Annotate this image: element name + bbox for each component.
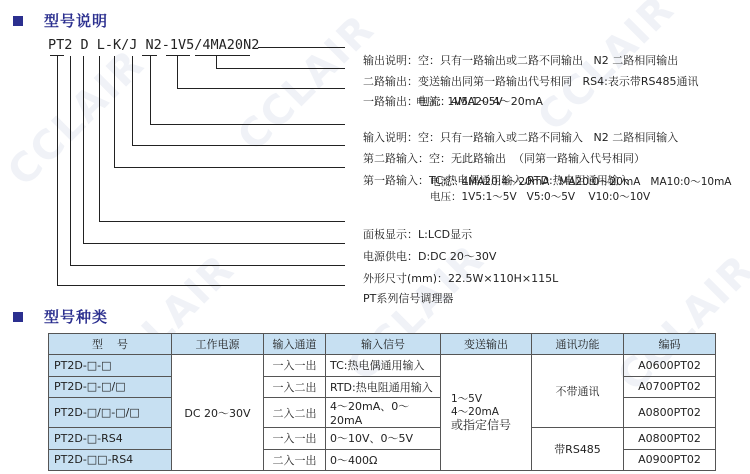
desc-text: PT系列信号调理器	[363, 292, 453, 305]
cell-model: PT2D-□-□/□	[49, 376, 172, 398]
connector-line	[99, 221, 345, 222]
table-row: PT2D-□-□ DC 20～30V 一入一出 TC:热电偶通用输入 1～5V …	[49, 355, 716, 377]
header-model: 型 号	[49, 334, 172, 355]
square-bullet-icon	[13, 312, 23, 322]
cell-transmit-output: 1～5V 4～20mA 或指定信号	[441, 355, 532, 471]
desc-first-input-voltage: 电压：1V5:1～5V V5:0～5V V10:0～10V	[430, 190, 650, 204]
desc-first-output-voltage: 电压：1V5:1～5V	[416, 95, 503, 109]
cell-signal: RTD:热电阻通用输入	[326, 376, 441, 398]
header-input-signal: 输入信号	[326, 334, 441, 355]
connector-line	[132, 145, 345, 146]
desc-first-input-current: 电流：4MA20:4～20mA MA20:0～20mA MA10:0～10mA	[430, 175, 732, 189]
connector-line	[99, 56, 100, 221]
cell-channel: 一入一出	[264, 355, 326, 377]
section-title-model-explanation: 型号说明	[13, 10, 108, 31]
cell-model: PT2D-□□-RS4	[49, 449, 172, 471]
section-title-text: 型号说明	[44, 10, 108, 31]
header-input-channel: 输入通道	[264, 334, 326, 355]
cell-channel: 一入一出	[264, 428, 326, 450]
output-line: 1～5V	[451, 393, 527, 406]
connector-line	[216, 68, 345, 69]
connector-line	[83, 56, 84, 243]
connector-line	[83, 243, 345, 244]
cell-channel: 二入一出	[264, 449, 326, 471]
header-communication: 通讯功能	[532, 334, 624, 355]
cell-model: PT2D-□/□-□/□	[49, 398, 172, 428]
desc-series: PT系列信号调理器	[356, 278, 453, 306]
section-title-text: 型号种类	[44, 306, 108, 327]
cell-comm-none: 不带通讯	[532, 355, 624, 428]
table-row: PT2D-□-RS4 一入一出 0～10V、0～5V 带RS485 A0800P…	[49, 428, 716, 450]
cell-signal: 0～10V、0～5V	[326, 428, 441, 450]
square-bullet-icon	[13, 16, 23, 26]
connector-line	[114, 167, 345, 168]
cell-power: DC 20～30V	[172, 355, 264, 471]
cell-code: A0600PT02	[624, 355, 716, 377]
connector-line	[177, 56, 178, 88]
connector-line	[57, 56, 58, 285]
desc-text: 22.5W×110H×115L	[448, 272, 558, 285]
connector-line	[70, 56, 71, 265]
connector-line	[258, 47, 345, 48]
connector-line	[150, 124, 345, 125]
model-types-table: 型 号 工作电源 输入通道 输入信号 变送输出 通讯功能 编码 PT2D-□-□…	[48, 333, 716, 471]
desc-label: 第一路输入：	[363, 174, 429, 187]
cell-code: A0700PT02	[624, 376, 716, 398]
connector-line	[57, 285, 345, 286]
cell-channel: 一入二出	[264, 376, 326, 398]
header-transmit-output: 变送输出	[441, 334, 532, 355]
cell-signal: 0～400Ω	[326, 449, 441, 471]
cell-code: A0800PT02	[624, 398, 716, 428]
connector-line	[216, 56, 217, 68]
section-title-model-types: 型号种类	[13, 306, 108, 327]
connector-line	[114, 56, 115, 167]
connector-line	[150, 56, 151, 124]
connector-line	[70, 265, 345, 266]
code-underline	[233, 55, 250, 56]
table-header-row: 型 号 工作电源 输入通道 输入信号 变送输出 通讯功能 编码	[49, 334, 716, 355]
cell-comm-rs485: 带RS485	[532, 428, 624, 471]
watermark: CCLAIR	[0, 41, 154, 196]
cell-signal: TC:热电偶通用输入	[326, 355, 441, 377]
header-code: 编码	[624, 334, 716, 355]
cell-signal: 4～20mA、0～20mA	[326, 398, 441, 428]
cell-model: PT2D-□-RS4	[49, 428, 172, 450]
header-power: 工作电源	[172, 334, 264, 355]
code-underline	[166, 55, 190, 56]
cell-code: A0800PT02	[624, 428, 716, 450]
connector-line	[177, 88, 345, 89]
connector-line	[132, 56, 133, 145]
model-code: PT2 D L-K/J N2-1V5/4MA20N2	[48, 37, 259, 53]
output-line: 或指定信号	[451, 419, 527, 432]
cell-code: A0900PT02	[624, 449, 716, 471]
cell-model: PT2D-□-□	[49, 355, 172, 377]
desc-label: 一路输出：	[363, 95, 418, 108]
cell-channel: 二入二出	[264, 398, 326, 428]
